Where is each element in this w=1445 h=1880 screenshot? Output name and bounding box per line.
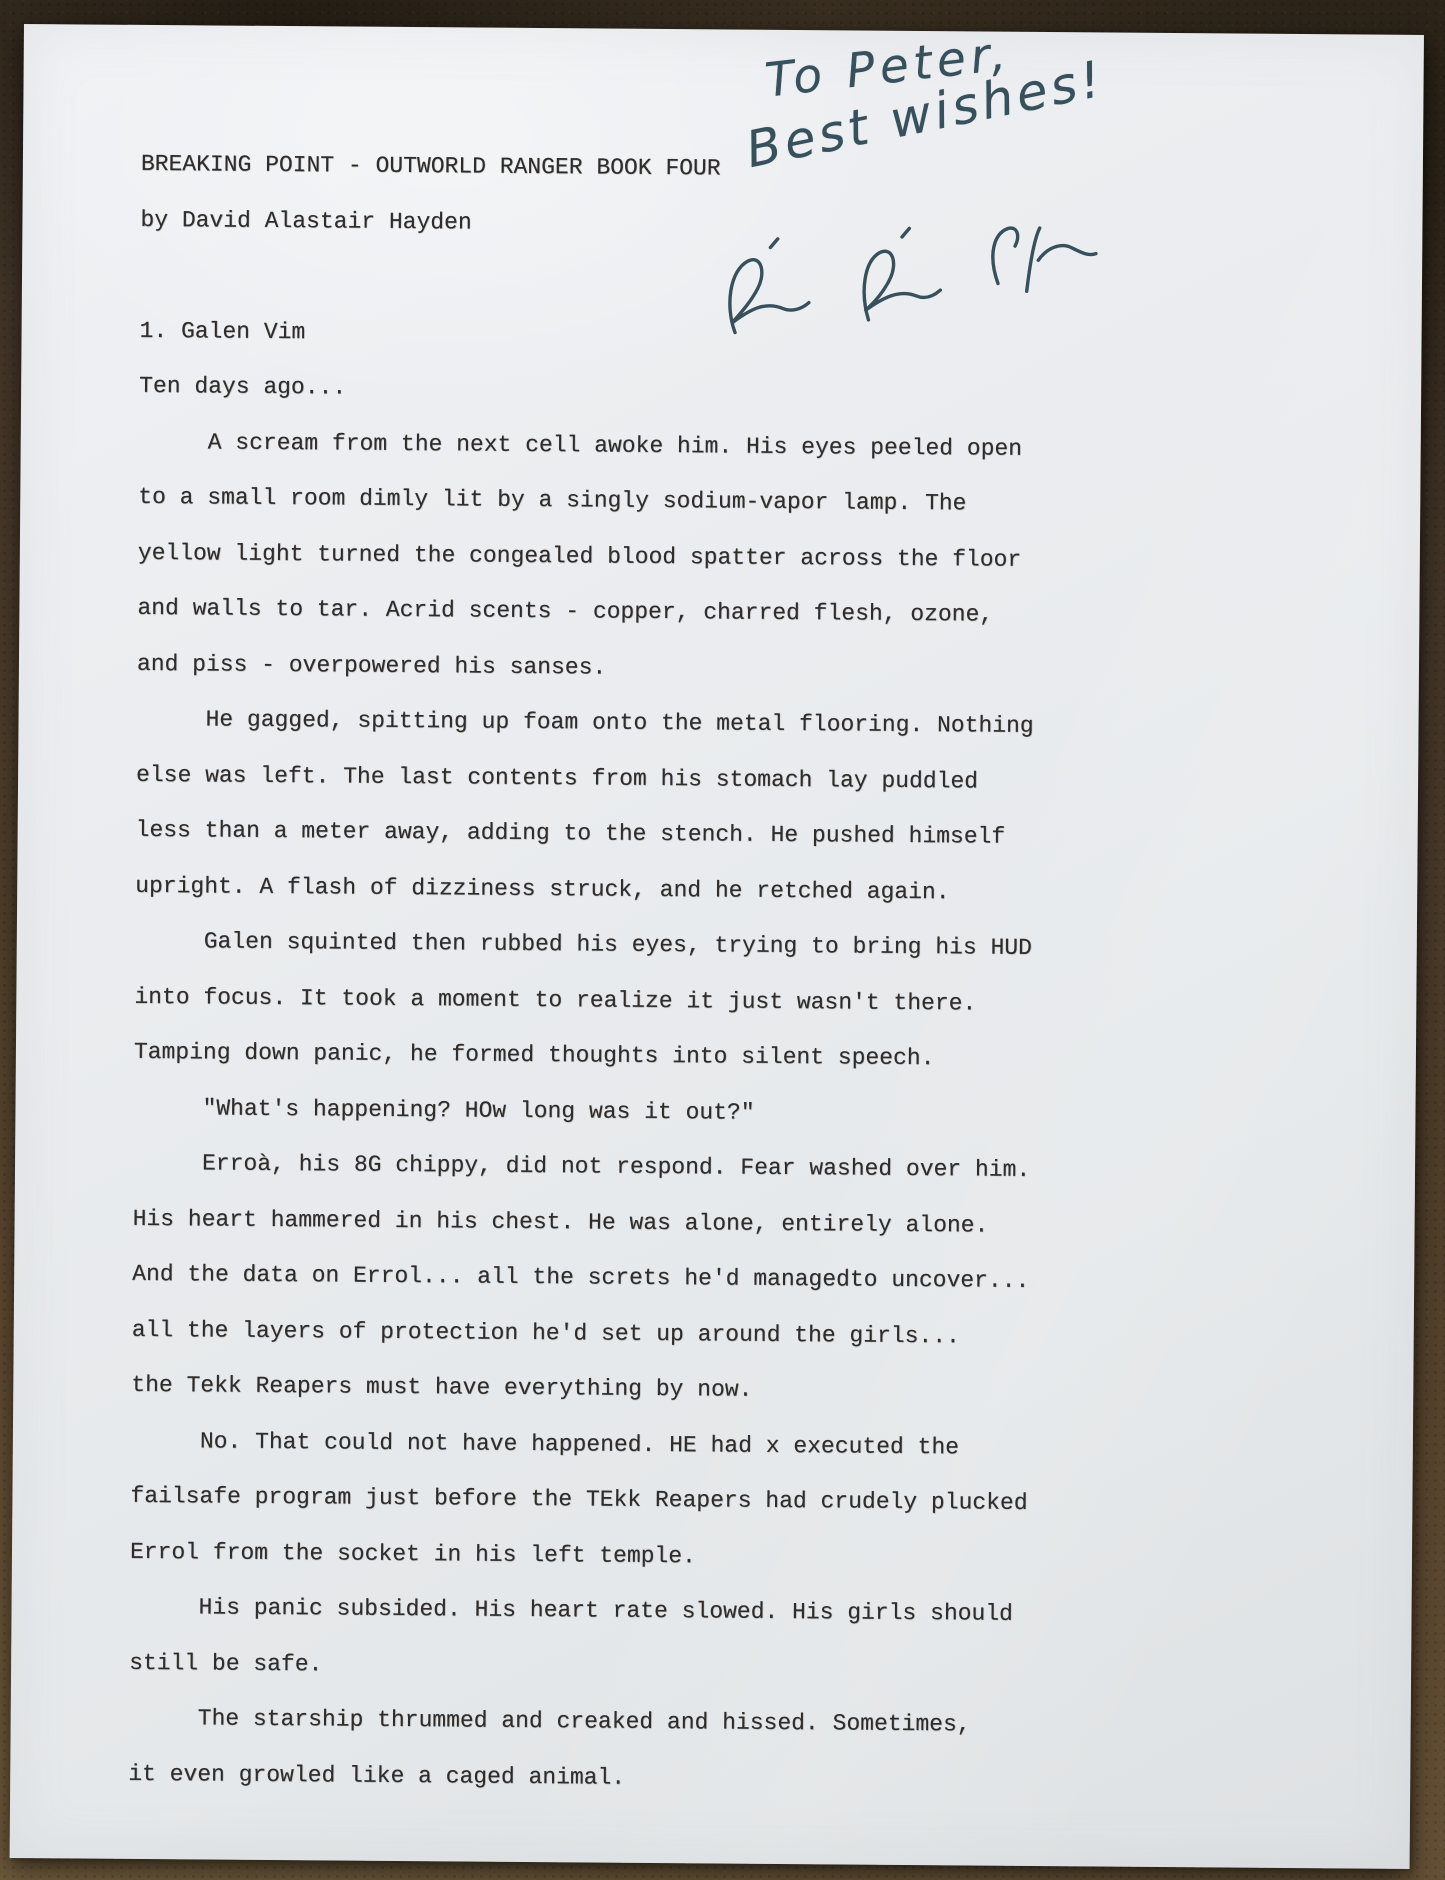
manuscript-line: No. That could not have happened. HE had… bbox=[131, 1413, 1191, 1477]
typewritten-content: BREAKING POINT - OUTWORLD RANGER BOOK FO… bbox=[128, 137, 1201, 1810]
manuscript-line: A scream from the next cell awoke him. H… bbox=[139, 414, 1199, 478]
manuscript-line: Erroà, his 8G chippy, did not respond. F… bbox=[133, 1136, 1193, 1200]
blank-line bbox=[140, 248, 1200, 312]
manuscript-line: failsafe program just before the TEkk Re… bbox=[130, 1469, 1190, 1533]
manuscript-line: less than a meter away, adding to the st… bbox=[135, 803, 1195, 867]
manuscript-line: it even growled like a caged animal. bbox=[128, 1746, 1188, 1810]
manuscript-line: else was left. The last contents from hi… bbox=[136, 747, 1196, 811]
manuscript-line: to a small room dimly lit by a singly so… bbox=[138, 470, 1198, 534]
manuscript-line: His panic subsided. His heart rate slowe… bbox=[129, 1580, 1189, 1644]
manuscript-line: Galen squinted then rubbed his eyes, try… bbox=[135, 914, 1195, 978]
chapter-heading: 1. Galen Vim bbox=[139, 303, 1199, 367]
manuscript-line: all the layers of protection he'd set up… bbox=[132, 1302, 1192, 1366]
manuscript-line: Errol from the socket in his left temple… bbox=[130, 1524, 1190, 1588]
manuscript-line: And the data on Errol... all the screts … bbox=[132, 1247, 1192, 1311]
manuscript-line: and walls to tar. Acrid scents - copper,… bbox=[137, 581, 1197, 645]
opening-line: Ten days ago... bbox=[139, 359, 1199, 423]
manuscript-line: upright. A flash of dizziness struck, an… bbox=[135, 858, 1195, 922]
manuscript-page: To Peter, Best wishes! BREAKING POINT - … bbox=[10, 24, 1424, 1869]
manuscript-line: The starship thrummed and creaked and hi… bbox=[128, 1691, 1188, 1755]
manuscript-line: Tamping down panic, he formed thoughts i… bbox=[134, 1025, 1194, 1089]
manuscript-title: BREAKING POINT - OUTWORLD RANGER BOOK FO… bbox=[141, 137, 1201, 201]
manuscript-byline: by David Alastair Hayden bbox=[140, 192, 1200, 256]
manuscript-line: the Tekk Reapers must have everything by… bbox=[131, 1358, 1191, 1422]
manuscript-line: into focus. It took a moment to realize … bbox=[134, 969, 1194, 1033]
manuscript-line: "What's happening? HOw long was it out?" bbox=[133, 1080, 1193, 1144]
manuscript-line: yellow light turned the congealed blood … bbox=[138, 525, 1198, 589]
manuscript-line: His heart hammered in his chest. He was … bbox=[132, 1191, 1192, 1255]
manuscript-body-lines: A scream from the next cell awoke him. H… bbox=[128, 414, 1199, 1810]
manuscript-line: He gagged, spitting up foam onto the met… bbox=[136, 692, 1196, 756]
manuscript-line: still be safe. bbox=[129, 1635, 1189, 1699]
manuscript-line: and piss - overpowered his sanses. bbox=[137, 636, 1197, 700]
